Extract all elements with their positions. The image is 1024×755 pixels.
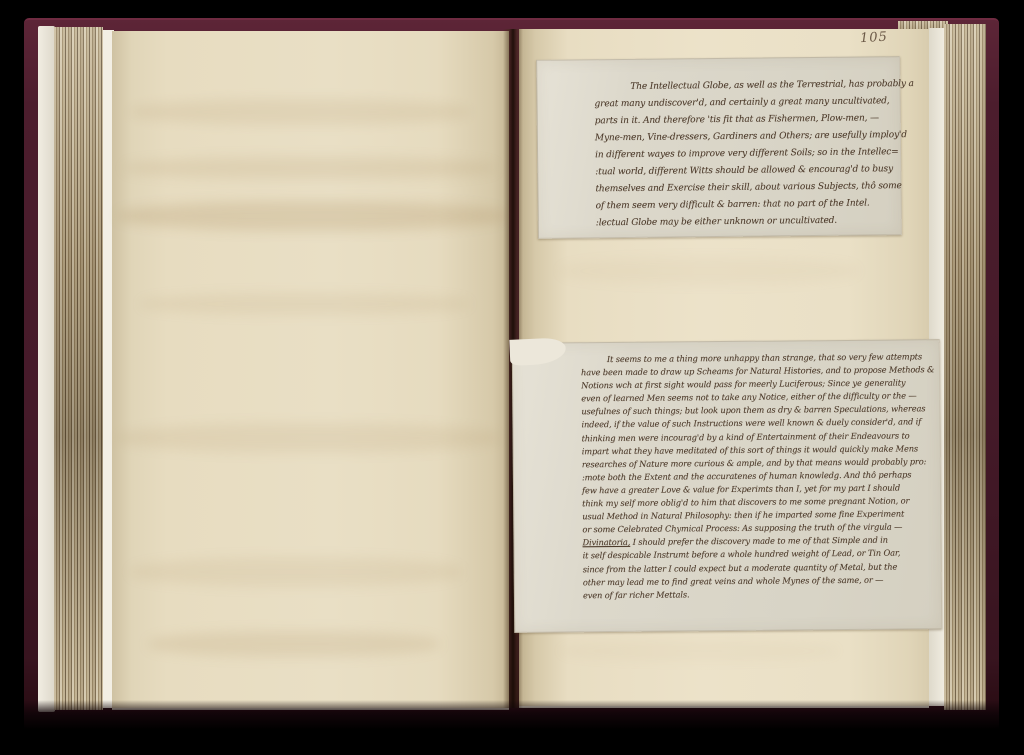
- pasted-manuscript-slip-lower: It seems to me a thing more unhappy than…: [512, 339, 943, 633]
- stain: [130, 99, 470, 125]
- manuscript-text-upper: The Intellectual Globe, as well as the T…: [537, 57, 901, 233]
- left-blank-page: [112, 31, 509, 710]
- stain: [148, 631, 440, 657]
- stain: [559, 641, 839, 661]
- right-deckled-page-edges: [944, 24, 986, 710]
- page-number: 105: [860, 29, 905, 46]
- left-endpaper-edge: [38, 26, 55, 712]
- stain: [140, 293, 470, 315]
- photograph-black-background: { "page": { "number": "105" }, "slips": …: [0, 0, 1024, 755]
- left-deckled-page-edges: [54, 27, 103, 710]
- stain: [559, 257, 859, 285]
- bottom-shadow: [24, 700, 999, 730]
- stain: [130, 557, 462, 587]
- stain: [118, 423, 500, 453]
- manuscript-line: even of far richer Mettals.: [583, 586, 937, 602]
- stain: [124, 157, 496, 179]
- pasted-manuscript-slip-upper: The Intellectual Globe, as well as the T…: [536, 56, 902, 239]
- manuscript-text-lower: It seems to me a thing more unhappy than…: [513, 340, 941, 602]
- stain: [118, 201, 506, 231]
- manuscript-line: of them seem very difficult & barren: th…: [596, 195, 895, 215]
- manuscript-line: :lectual Globe may be either unknown or …: [596, 212, 895, 232]
